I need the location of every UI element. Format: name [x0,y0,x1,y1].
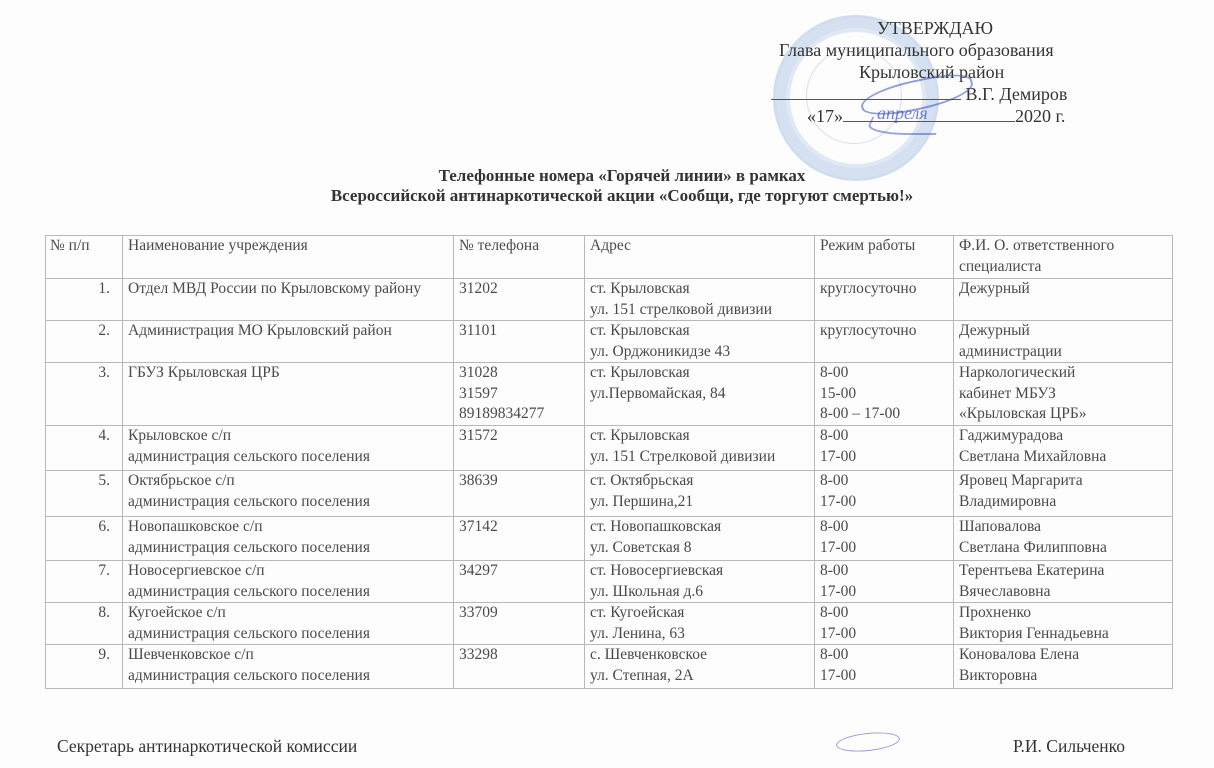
title-line1: Телефонные номера «Горячей линии» в рамк… [0,166,1214,186]
table-row: 8.Кугоейское с/п администрация сельского… [46,603,1173,645]
approval-date-year: 2020 г. [1015,106,1065,126]
header-address: Адрес [585,236,815,279]
cell-name: Шевченковское с/п администрация сельског… [123,645,454,689]
table-row: 6.Новопашковское с/п администрация сельс… [46,517,1173,561]
cell-address: ст. Новосергиевская ул. Школьная д.6 [585,561,815,603]
cell-address: ст. Крыловская ул. 151 Стрелковой дивизи… [585,426,815,471]
cell-person: Коновалова Елена Викторовна [954,645,1173,689]
cell-number: 9. [46,645,123,689]
cell-address: ст. Новопашковская ул. Советская 8 [585,517,815,561]
cell-phone: 33298 [454,645,585,689]
cell-hours: 8-00 17-00 [815,471,954,517]
table-row: 5.Октябрьское с/п администрация сельског… [46,471,1173,517]
cell-person: Дежурный администрации [954,321,1173,363]
cell-hours: 8-00 17-00 [815,517,954,561]
cell-name: Кугоейское с/п администрация сельского п… [123,603,454,645]
cell-address: ст. Кугоейская ул. Ленина, 63 [585,603,815,645]
cell-phone: 31202 [454,279,585,321]
cell-number: 5. [46,471,123,517]
cell-hours: 8-00 17-00 [815,645,954,689]
cell-number: 4. [46,426,123,471]
hotline-table: № п/п Наименование учреждения № телефона… [45,235,1173,689]
cell-phone: 31572 [454,426,585,471]
cell-phone: 38639 [454,471,585,517]
cell-name: Октябрьское с/п администрация сельского … [123,471,454,517]
approval-block: УТВЕРЖДАЮ Глава муниципального образован… [760,17,1160,127]
cell-number: 6. [46,517,123,561]
cell-hours: 8-00 17-00 [815,603,954,645]
cell-hours: круглосуточно [815,279,954,321]
header-person: Ф.И. О. ответственного специалиста [954,236,1173,279]
cell-address: ст. Крыловская ул. 151 стрелковой дивизи… [585,279,815,321]
secretary-signature [835,730,901,755]
footer-position: Секретарь антинаркотической комиссии [57,736,357,757]
cell-phone: 34297 [454,561,585,603]
approval-date-line: «17»апреля2020 г. [760,105,1160,127]
table-row: 7.Новосергиевское с/п администрация сель… [46,561,1173,603]
cell-address: с. Шевченковское ул. Степная, 2А [585,645,815,689]
header-hours: Режим работы [815,236,954,279]
approval-position-line1: Глава муниципального образования [760,39,1160,61]
cell-hours: 8-00 15-00 8-00 – 17-00 [815,363,954,426]
approval-heading: УТВЕРЖДАЮ [760,17,1160,39]
cell-person: Шаповалова Светлана Филипповна [954,517,1173,561]
cell-name: Администрация МО Крыловский район [123,321,454,363]
cell-address: ст. Крыловская ул.Первомайская, 84 [585,363,815,426]
cell-address: ст. Крыловская ул. Орджоникидзе 43 [585,321,815,363]
cell-name: Крыловское с/п администрация сельского п… [123,426,454,471]
cell-phone: 31028 31597 89189834277 [454,363,585,426]
cell-number: 3. [46,363,123,426]
approval-date-day: «17» [807,106,843,126]
document-title: Телефонные номера «Горячей линии» в рамк… [0,166,1214,206]
cell-hours: 8-00 17-00 [815,426,954,471]
footer-signer: Р.И. Сильченко [1013,736,1125,757]
cell-hours: круглосуточно [815,321,954,363]
cell-person: Терентьева Екатерина Вячеславовна [954,561,1173,603]
table-row: 4.Крыловское с/п администрация сельского… [46,426,1173,471]
cell-person: Наркологический кабинет МБУЗ «Крыловская… [954,363,1173,426]
table-row: 1.Отдел МВД России по Крыловскому району… [46,279,1173,321]
title-line2: Всероссийской антинаркотической акции «С… [0,186,1214,206]
cell-phone: 33709 [454,603,585,645]
table-row: 2.Администрация МО Крыловский район31101… [46,321,1173,363]
cell-name: Новопашковское с/п администрация сельско… [123,517,454,561]
cell-number: 8. [46,603,123,645]
cell-person: Дежурный [954,279,1173,321]
cell-number: 2. [46,321,123,363]
cell-name: Отдел МВД России по Крыловскому району [123,279,454,321]
cell-person: Яровец Маргарита Владимировна [954,471,1173,517]
table-row: 3.ГБУЗ Крыловская ЦРБ31028 31597 8918983… [46,363,1173,426]
cell-phone: 37142 [454,517,585,561]
cell-name: Новосергиевское с/п администрация сельск… [123,561,454,603]
cell-hours: 8-00 17-00 [815,561,954,603]
cell-name: ГБУЗ Крыловская ЦРБ [123,363,454,426]
approval-signer: В.Г. Демиров [966,84,1068,104]
cell-person: Прохненко Виктория Геннадьевна [954,603,1173,645]
table-row: 9.Шевченковское с/п администрация сельск… [46,645,1173,689]
header-phone: № телефона [454,236,585,279]
header-number: № п/п [46,236,123,279]
cell-number: 7. [46,561,123,603]
cell-number: 1. [46,279,123,321]
table-header-row: № п/п Наименование учреждения № телефона… [46,236,1173,279]
cell-phone: 31101 [454,321,585,363]
cell-person: Гаджимурадова Светлана Михайловна [954,426,1173,471]
cell-address: ст. Октябрьская ул. Першина,21 [585,471,815,517]
header-name: Наименование учреждения [123,236,454,279]
